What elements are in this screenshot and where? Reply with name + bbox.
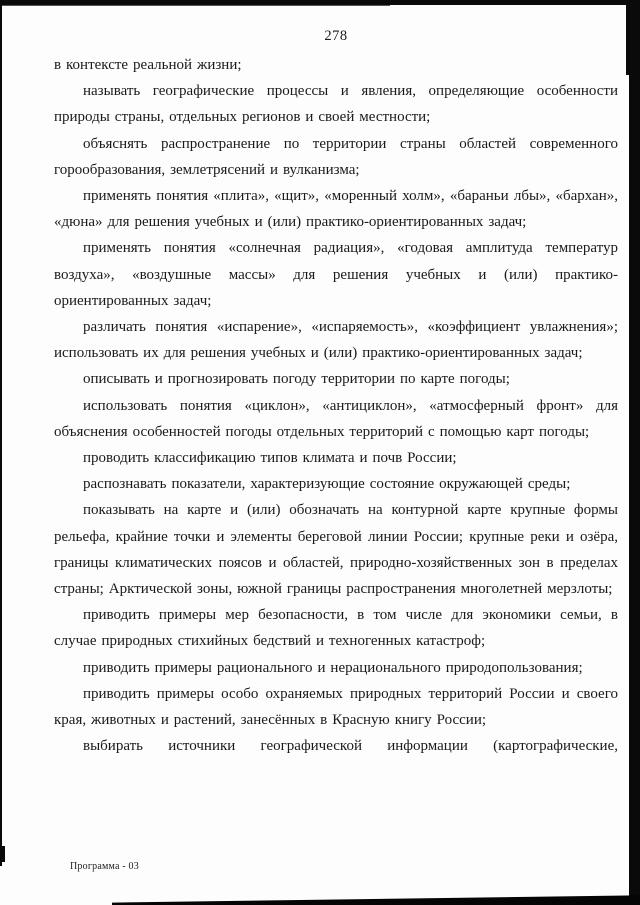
scan-mark-left-bottom: [0, 846, 5, 862]
paragraph: выбирать источники географической информ…: [54, 733, 618, 759]
paragraph: приводить примеры рационального и нераци…: [54, 655, 618, 681]
paragraph: применять понятия «солнечная радиация», …: [54, 235, 618, 314]
paragraph: показывать на карте и (или) обозначать н…: [54, 497, 618, 602]
scan-edge-left: [0, 0, 2, 866]
paragraph: проводить классификацию типов климата и …: [54, 445, 618, 471]
scan-edge-right-lower: [629, 60, 640, 905]
paragraph: приводить примеры мер безопасности, в то…: [54, 602, 618, 654]
paragraph: различать понятия «испарение», «испаряем…: [54, 314, 618, 366]
paragraph: описывать и прогнозировать погоду террит…: [54, 366, 618, 392]
paragraph: применять понятия «плита», «щит», «морен…: [54, 183, 618, 235]
scan-edge-top-thin: [0, 5, 390, 6]
document-body: в контексте реальной жизни; называть гео…: [54, 52, 618, 759]
footer-label: Программа - 03: [70, 861, 139, 872]
paragraph: распознавать показатели, характеризующие…: [54, 471, 618, 497]
paragraph: использовать понятия «циклон», «антицикл…: [54, 393, 618, 445]
scanned-document-page: 278 в контексте реальной жизни; называть…: [0, 0, 640, 905]
page-number: 278: [54, 28, 618, 45]
paragraph: приводить примеры особо охраняемых приро…: [54, 681, 618, 733]
paragraph: называть географические процессы и явлен…: [54, 78, 618, 130]
paragraph: объяснять распространение по территории …: [54, 131, 618, 183]
scan-edge-bottom: [112, 894, 640, 905]
paragraph: в контексте реальной жизни;: [54, 52, 618, 78]
